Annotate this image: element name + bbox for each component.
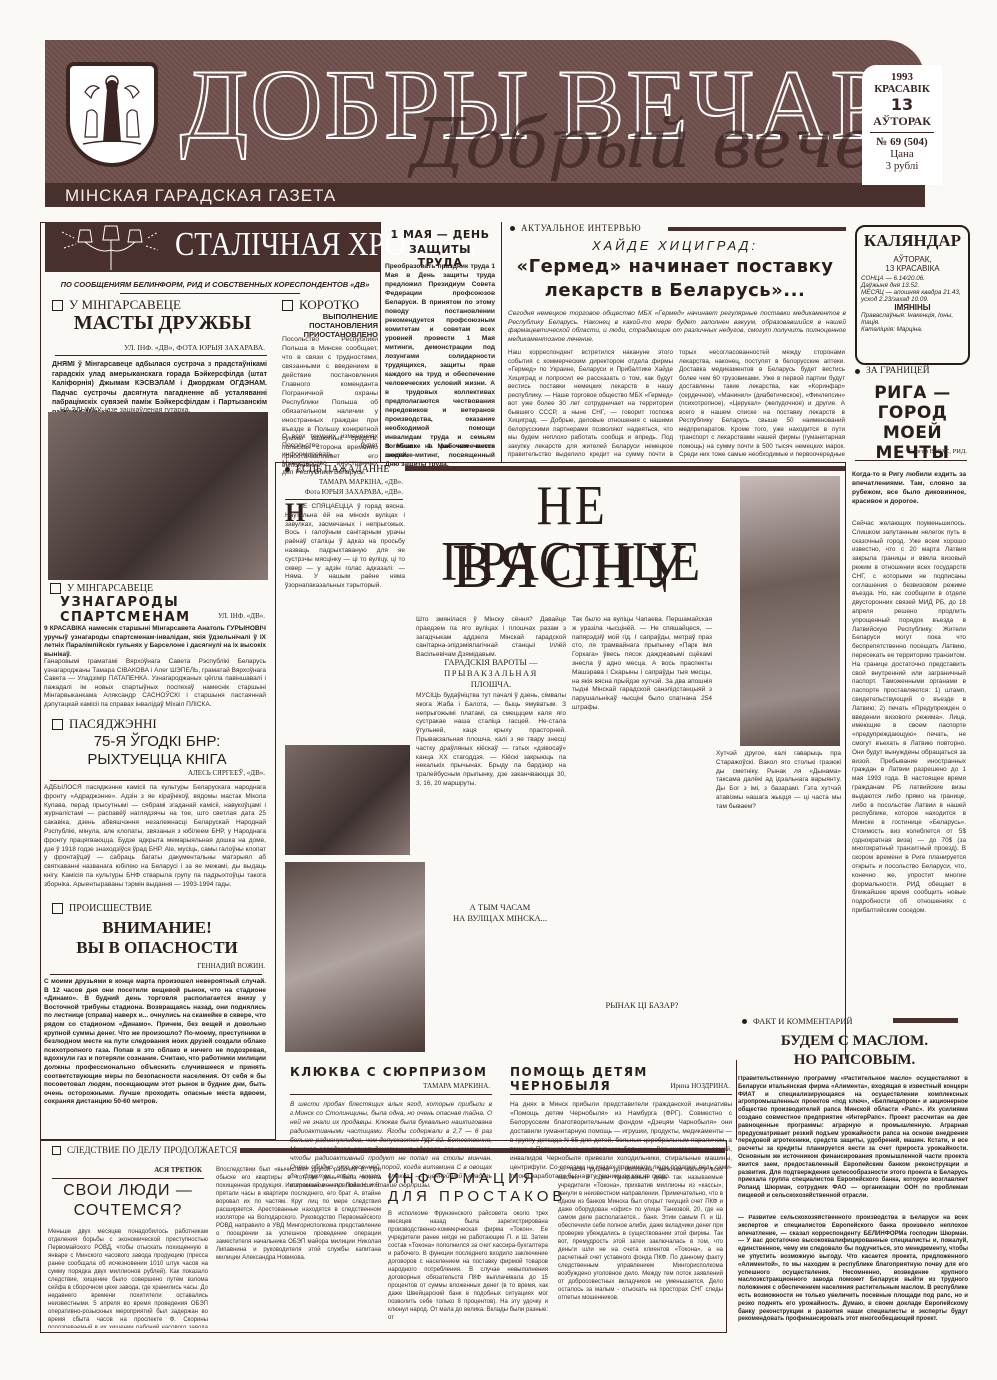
- article-title: УЗНАГАРОДЫ СПАРТСМЕНАМ: [60, 595, 260, 625]
- rubric-label: КОРОТКО: [299, 297, 359, 313]
- article-title: МОЕЙ МЕЧТЫ: [855, 423, 970, 463]
- article-title: ВЫ В ОПАСНОСТИ: [48, 938, 266, 958]
- minsk-coat-of-arms-icon: [66, 62, 158, 167]
- calendar-title: КАЛЯНДАР: [861, 231, 964, 251]
- divider: [510, 1094, 732, 1095]
- article-body: Ганаровымі граматамі Вярхоўнага Савета Р…: [44, 658, 266, 709]
- article-body: Меньше двух месяцев понадобилось работни…: [48, 1228, 208, 1328]
- article-title: БУДЕМ С МАСЛОМ.: [742, 1033, 967, 1050]
- interview-title: «Гермед» начинает поставку: [505, 256, 845, 277]
- article-body: Правительственную программу «Растительно…: [738, 1076, 968, 1226]
- checkbox-square-icon: [52, 1146, 61, 1155]
- rubric-bar: [668, 227, 846, 231]
- article-body: Преобразовать праздник труда 1 Мая в Ден…: [385, 262, 495, 460]
- namedays-title: ІМЯНІНЫ: [861, 303, 964, 312]
- article-title: СВОИ ЛЮДИ —: [48, 1182, 208, 1200]
- street-lamp-icon: [60, 224, 160, 270]
- issue-date-box: 1993 КРАСАВІК 13 АЎТОРАК № 69 (504) Цана…: [862, 65, 942, 185]
- column-rule: [736, 1060, 737, 1140]
- issue-weekday: АЎТОРАК: [862, 114, 942, 129]
- rubric-investigation: СЛЕДСТВИЕ ПО ДЕЛУ ПРОДОЛЖАЕТСЯ: [52, 1145, 237, 1155]
- article-lead: Когда-то в Ригу любили ездить за впечатл…: [852, 470, 966, 506]
- article-title: СОЧТЕМСЯ?: [48, 1202, 208, 1220]
- newspaper-subtitle: МІНСКАЯ ГАРАДСКАЯ ГАЗЕТА: [65, 186, 336, 206]
- rubric-korotko: КОРОТКО: [282, 297, 359, 313]
- price-value: 3 рублі: [862, 160, 942, 172]
- article-byline: ГЕННАДИЙ ВОЖИН.: [60, 962, 265, 970]
- bullet-icon: [510, 226, 515, 231]
- namedays-orthodox: Праваслаўныя: Інакенція, Іоны, Іпація.: [861, 312, 964, 326]
- divider: [52, 1178, 204, 1179]
- rubric-label: ФАКТ И КОММЕНТАРИЙ: [753, 1016, 853, 1026]
- issue-month: КРАСАВІК: [862, 83, 942, 95]
- divider: [855, 460, 967, 461]
- article-body: АДБЫЛОСЯ пасяджэнне камісіі па культуры …: [44, 784, 266, 890]
- article-title: НО РАПСОВЫМ.: [742, 1052, 967, 1069]
- article-body: МУСІЦЬ будаўніцтва тут пачалі ў дзень, с…: [416, 692, 566, 862]
- calendar-day-length: Даўжыня дня 13.52.: [861, 282, 964, 289]
- calendar-day: АЎТОРАК,: [861, 255, 964, 264]
- article-body: Хутчэй другое, калі гаварыць пра Старажо…: [716, 750, 841, 1050]
- article-byline: АЛЕСЬ СЯРГЕЕЎ, «ДВ».: [60, 769, 265, 777]
- rubric-mingarsavet: У МІНГАРСАВЕЦЕ: [52, 297, 181, 313]
- article-photo-street: [285, 745, 410, 855]
- issue-number: № 69 (504): [862, 136, 942, 148]
- calendar-moonrise: усход 2.23/захад 10.09.: [861, 296, 964, 303]
- divider: [50, 974, 262, 975]
- article-byline: Ирина НОЗДРИНА.: [510, 1082, 730, 1090]
- rubric-abroad: ЗА ГРАНИЦЕЙ: [855, 366, 930, 376]
- article-byline: УЛ. ІНФ. «ДВ», ФОТА ЮРЫЯ ЗАХАРАВА.: [55, 343, 265, 352]
- checkbox-square-icon: [52, 300, 63, 311]
- subheading: А ТЫМ ЧАСАМ: [430, 902, 570, 912]
- interview-column-1: Наш корреспондент встретился накануне эт…: [508, 349, 673, 461]
- calendar-moon: МЕСЯЦ — апошняя квадра 21.43,: [861, 289, 964, 296]
- article-title: 1 МАЯ — ДЕНЬ: [385, 228, 495, 241]
- checkbox-square-icon: [52, 903, 63, 914]
- article-lead: Е СПЯЦАЕЦЦА ў горад вясна. Наўтульна ёй …: [285, 503, 405, 591]
- article-title: РИГА —: [855, 383, 970, 403]
- article-byline: ТАМАРА МАРКІНА, «ДВ».: [285, 478, 403, 486]
- feature-title: ВЯСНУ: [412, 536, 732, 598]
- interview-column-2: торых несогласованностей между сторонами…: [679, 349, 845, 461]
- interview-lead: Сегодня немецкое торговое общество МБХ «…: [508, 310, 846, 344]
- newspaper-script-title: Добрый вечер: [410, 105, 918, 184]
- divider: [120, 293, 300, 294]
- article-title: МАСТЫ ДРУЖБЫ: [55, 312, 270, 335]
- rubric-label: ЕСЦЬ ПАЖАДАННЕ: [296, 464, 389, 475]
- divider: [290, 1094, 492, 1095]
- rubric-label: У МІНГАРСАВЕЦЕ: [67, 583, 153, 594]
- article-photo-park: [740, 476, 840, 746]
- rubric-pasyadzhenni: ПАСЯДЖЭННІ: [52, 716, 157, 732]
- article-byline: УЛ. ІНФ. «ДВ».: [60, 612, 265, 620]
- article-body: В исполкоме Фрунзенского райсовета около…: [388, 1210, 548, 1328]
- calendar-date: 13 КРАСАВІКА: [861, 264, 964, 273]
- article-lead: 9 КРАСАВІКА намеснік старшыні Мінгарсаве…: [44, 625, 266, 659]
- article-body: Впоследствии был «вычислен» другой рабоч…: [216, 1166, 381, 1328]
- interview-title: лекарств в Беларусь»...: [505, 280, 845, 301]
- rubric-label: ЗА ГРАНИЦЕЙ: [866, 366, 930, 376]
- subheading: ГАРАДСКІЯ ВАРОТЫ —: [416, 657, 566, 667]
- article-intro: Што змянілася ў Мінску сёння? Давайце пр…: [416, 616, 566, 660]
- checkbox-square-icon: [50, 583, 61, 594]
- checkbox-square-icon: [52, 719, 63, 730]
- article-title: КЛЮКВА С СЮРПРИЗОМ: [290, 1065, 490, 1079]
- rubric-label: ПАСЯДЖЭННІ: [69, 716, 157, 732]
- subheading: ПЛОШЧА.: [416, 679, 566, 689]
- article-byline: ТАМАРА МАРКИНА.: [290, 1082, 490, 1090]
- article-body: Сейчас желающих поуменьшилось. Слишком з…: [852, 520, 966, 1000]
- subheading: НА ВУЛІЦАХ МІНСКА...: [430, 913, 570, 923]
- calendar-sun: СОНЦА — 6.14/20.06.: [861, 275, 964, 282]
- rubric-label: У МІНГАРСАВЕЦЕ: [69, 297, 181, 313]
- article-body: — Развитие сельскохозяйственного произво…: [738, 1215, 968, 1345]
- rubric-bar: [893, 1018, 958, 1023]
- issue-day: 13: [862, 95, 942, 114]
- namedays-catholic: Каталіцкія: Марціна.: [861, 326, 964, 333]
- divider: [50, 780, 260, 781]
- hronika-sources: ПО СООБЩЕНИЯМ БЕЛИНФОРМ, РИД И СОБСТВЕНН…: [55, 280, 375, 289]
- article-body: Так было на вуліцы Чапаева. Першамайская…: [572, 616, 712, 896]
- rubric-proisshestvie: ПРОИСШЕСТВИЕ: [52, 903, 152, 914]
- calendar-box: КАЛЯНДАР АЎТОРАК, 13 КРАСАВІКА СОНЦА — 6…: [855, 225, 970, 365]
- bullet-icon: [742, 1019, 747, 1024]
- subheading: РЫНАК ЦІ БАЗАР?: [572, 1000, 712, 1010]
- rubric-label: АКТУАЛЬНОЕ ИНТЕРВЬЮ: [521, 223, 641, 233]
- price-label: Цана: [862, 148, 942, 160]
- rubric-fact: ФАКТ И КОММЕНТАРИЙ: [742, 1016, 853, 1026]
- interviewee-name: ХАЙДЕ ХИЦИГРАД:: [505, 238, 845, 253]
- article-body: 20 тысяч рублей до миллиона, включая вал…: [558, 1166, 723, 1328]
- divider: [870, 132, 934, 133]
- article-title: 75-Я ЎГОДКІ БНР:: [48, 733, 266, 750]
- subheading: ПРЫВАКЗАЛЬНАЯ: [416, 668, 566, 678]
- article-title: ГОРОД: [855, 403, 970, 423]
- rubric-label: ПРОИСШЕСТВИЕ: [69, 903, 152, 914]
- column-rule: [501, 222, 502, 462]
- divider: [55, 355, 267, 356]
- rubric-bar: [240, 1148, 725, 1153]
- bullet-icon: [285, 467, 290, 472]
- issue-year: 1993: [862, 71, 942, 83]
- rubric-label: СЛЕДСТВИЕ ПО ДЕЛУ ПРОДОЛЖАЕТСЯ: [67, 1145, 237, 1155]
- article-title: РЫХТУЕЦЦА КНІГА: [48, 751, 266, 768]
- article-title: ВНИМАНИЕ!: [48, 918, 266, 938]
- bullet-icon: [855, 369, 860, 374]
- checkbox-square-icon: [282, 300, 293, 311]
- article-body: С моими друзьями в конце марта произошел…: [44, 978, 266, 1107]
- rubric-bar: [405, 466, 845, 471]
- article-title: ИНФОРМАЦИЯ: [388, 1170, 568, 1187]
- article-byline: Фота ЮРЫЯ ЗАХАРАВА, «ДВ».: [285, 488, 403, 496]
- article-byline: АСЯ ТРЕТЮК: [52, 1166, 202, 1174]
- rubric-mingarsavet: У МІНГАРСАВЕЦЕ: [50, 583, 153, 594]
- article-photo-rubbish: [285, 862, 425, 1052]
- article-title: ДЛЯ ПРОСТАКОВ: [388, 1188, 568, 1205]
- rubric-interview: АКТУАЛЬНОЕ ИНТЕРВЬЮ: [510, 223, 641, 233]
- rubric-wish: ЕСЦЬ ПАЖАДАННЕ: [285, 464, 389, 475]
- article-byline: Сергей ВЕРАС, РИД.: [855, 448, 967, 455]
